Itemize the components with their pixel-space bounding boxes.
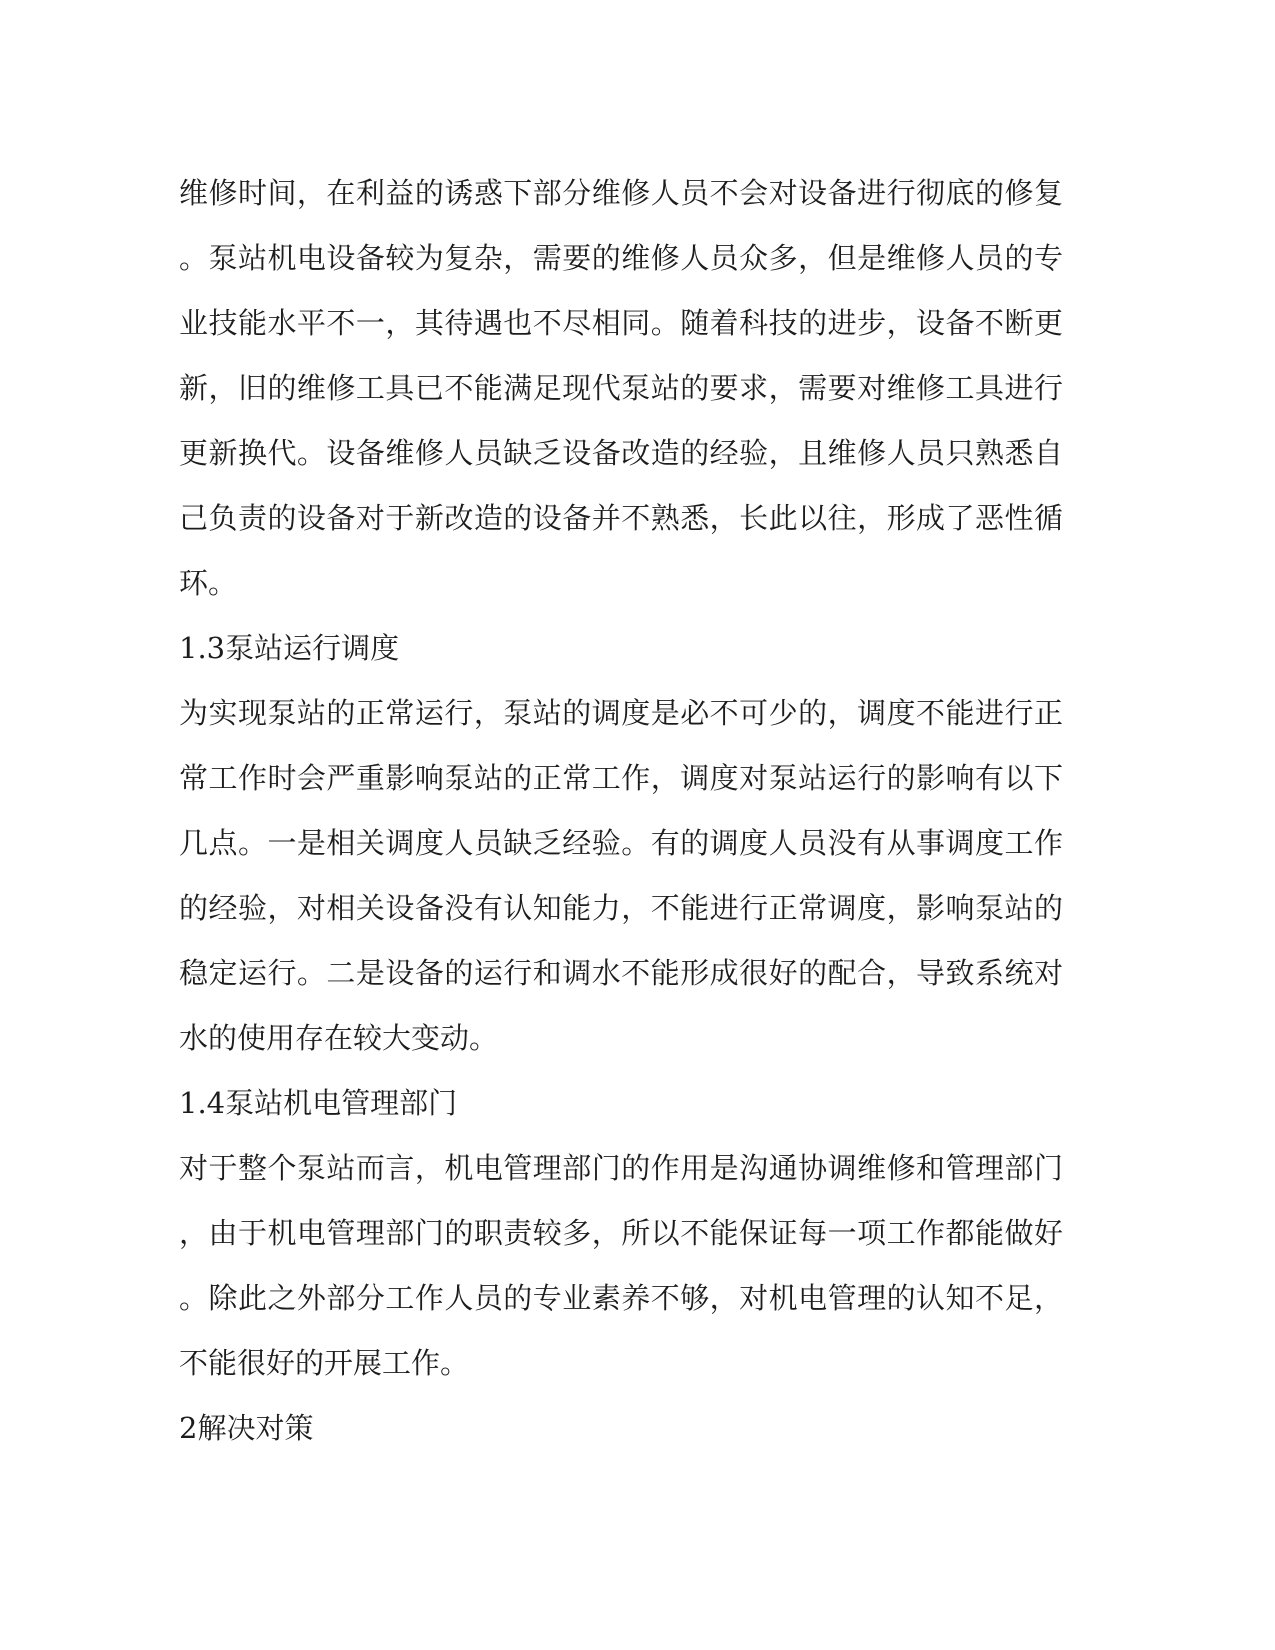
paragraph-line: 对于整个泵站而言，机电管理部门的作用是沟通协调维修和管理部门 <box>179 1136 1063 1201</box>
section-heading: 1.3泵站运行调度 <box>179 616 1063 681</box>
paragraph-line: ，由于机电管理部门的职责较多，所以不能保证每一项工作都能做好 <box>179 1201 1063 1266</box>
paragraph-line: 的经验，对相关设备没有认知能力，不能进行正常调度，影响泵站的 <box>179 876 1063 941</box>
paragraph-line: 更新换代。设备维修人员缺乏设备改造的经验，且维修人员只熟悉自 <box>179 421 1063 486</box>
paragraph-line: 稳定运行。二是设备的运行和调水不能形成很好的配合，导致系统对 <box>179 941 1063 1006</box>
paragraph-line: 为实现泵站的正常运行，泵站的调度是必不可少的，调度不能进行正 <box>179 681 1063 746</box>
paragraph-line: 己负责的设备对于新改造的设备并不熟悉，长此以往，形成了恶性循 <box>179 486 1063 551</box>
paragraph-line: 水的使用存在较大变动。 <box>179 1006 1063 1071</box>
text-block: 维修时间，在利益的诱惑下部分维修人员不会对设备进行彻底的修复 。泵站机电设备较为… <box>179 161 1063 1461</box>
paragraph-line: 不能很好的开展工作。 <box>179 1331 1063 1396</box>
paragraph-line: 环。 <box>179 551 1063 616</box>
paragraph-line: 维修时间，在利益的诱惑下部分维修人员不会对设备进行彻底的修复 <box>179 161 1063 226</box>
section-heading: 2解决对策 <box>179 1396 1063 1461</box>
paragraph-line: 业技能水平不一，其待遇也不尽相同。随着科技的进步，设备不断更 <box>179 291 1063 356</box>
paragraph-line: 常工作时会严重影响泵站的正常工作，调度对泵站运行的影响有以下 <box>179 746 1063 811</box>
section-heading: 1.4泵站机电管理部门 <box>179 1071 1063 1136</box>
paragraph-line: 。泵站机电设备较为复杂，需要的维修人员众多，但是维修人员的专 <box>179 226 1063 291</box>
document-page: 维修时间，在利益的诱惑下部分维修人员不会对设备进行彻底的修复 。泵站机电设备较为… <box>0 0 1275 1650</box>
paragraph-line: 几点。一是相关调度人员缺乏经验。有的调度人员没有从事调度工作 <box>179 811 1063 876</box>
paragraph-line: 。除此之外部分工作人员的专业素养不够，对机电管理的认知不足， <box>179 1266 1063 1331</box>
paragraph-line: 新，旧的维修工具已不能满足现代泵站的要求，需要对维修工具进行 <box>179 356 1063 421</box>
